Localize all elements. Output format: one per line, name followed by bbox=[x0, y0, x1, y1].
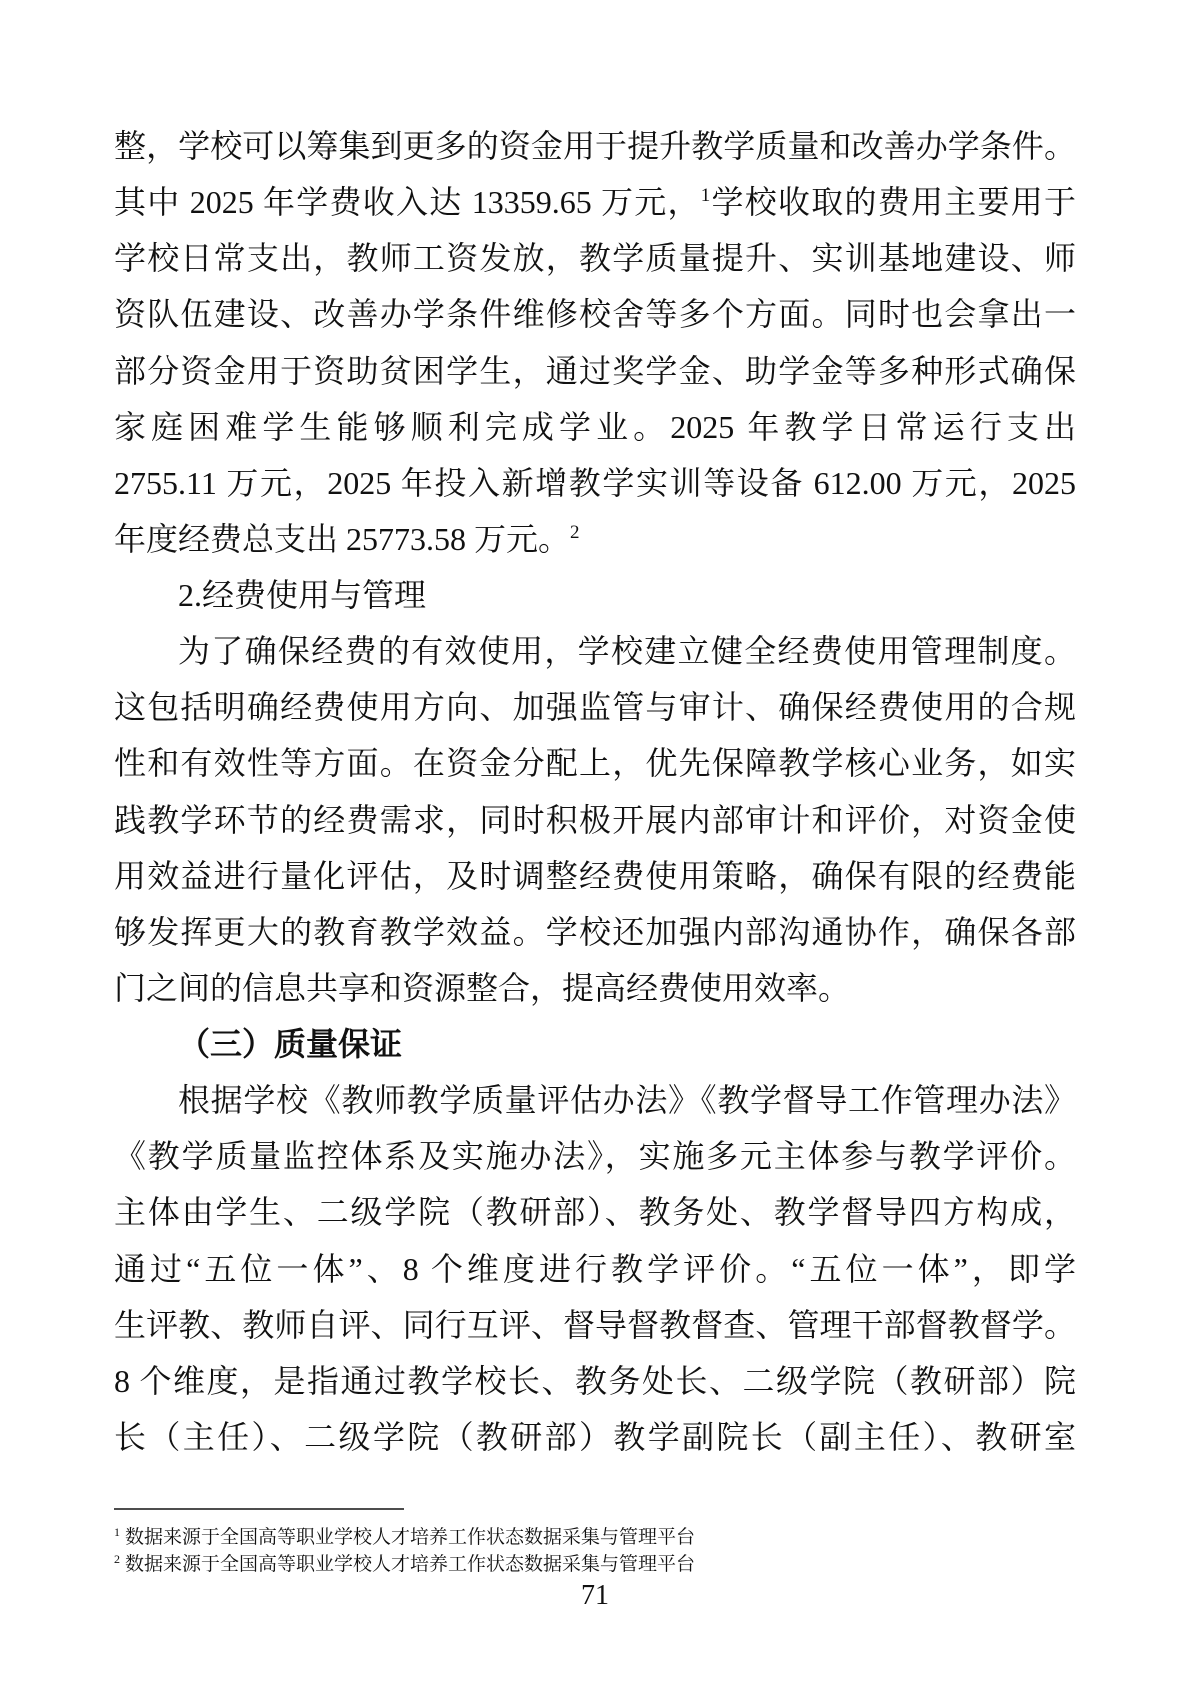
body-text-line: 门之间的信息共享和资源整合，提高经费使用效率。 bbox=[114, 960, 1076, 1016]
body-text-line: 其中 2025 年学费收入达 13359.65 万元，1学校收取的费用主要用于 bbox=[114, 174, 1076, 230]
body-text-line: 2755.11 万元，2025 年投入新增教学实训等设备 612.00 万元，2… bbox=[114, 455, 1076, 511]
section-heading-quality-assurance: （三）质量保证 bbox=[114, 1016, 1076, 1072]
subsection-heading-funds-management: 2.经费使用与管理 bbox=[114, 567, 1076, 623]
footnote-separator-line bbox=[114, 1508, 404, 1510]
footnote-text-2: 数据来源于全国高等职业学校人才培养工作状态数据采集与管理平台 bbox=[125, 1554, 695, 1575]
footnote-item-2: 2数据来源于全国高等职业学校人才培养工作状态数据采集与管理平台 bbox=[114, 1551, 1076, 1578]
footnotes-block: 1数据来源于全国高等职业学校人才培养工作状态数据采集与管理平台 2数据来源于全国… bbox=[114, 1524, 1076, 1578]
body-text-line: 家庭困难学生能够顺利完成学业。2025 年教学日常运行支出 bbox=[114, 399, 1076, 455]
body-text-line: 8 个维度，是指通过教学校长、教务处长、二级学院（教研部）院 bbox=[114, 1353, 1076, 1409]
document-body: 整，学校可以筹集到更多的资金用于提升教学质量和改善办学条件。其中 2025 年学… bbox=[114, 118, 1076, 1465]
footnote-text-1: 数据来源于全国高等职业学校人才培养工作状态数据采集与管理平台 bbox=[125, 1527, 695, 1548]
document-page: 整，学校可以筹集到更多的资金用于提升教学质量和改善办学条件。其中 2025 年学… bbox=[0, 0, 1190, 1683]
body-text-line: 主体由学生、二级学院（教研部）、教务处、教学督导四方构成， bbox=[114, 1184, 1076, 1240]
footnote-marker-2: 2 bbox=[114, 1552, 120, 1566]
body-text-line: 用效益进行量化评估，及时调整经费使用策略，确保有限的经费能 bbox=[114, 848, 1076, 904]
body-text-line: 根据学校《教师教学质量评估办法》《教学督导工作管理办法》 bbox=[114, 1072, 1076, 1128]
footnote-ref-2: 2 bbox=[570, 522, 580, 543]
body-text-line: 通过“五位一体”、8 个维度进行教学评价。“五位一体”，即学 bbox=[114, 1241, 1076, 1297]
body-text-line: 部分资金用于资助贫困学生，通过奖学金、助学金等多种形式确保 bbox=[114, 343, 1076, 399]
body-text-line: 生评教、教师自评、同行互评、督导督教督查、管理干部督教督学。 bbox=[114, 1297, 1076, 1353]
body-text-line: 长（主任）、二级学院（教研部）教学副院长（副主任）、教研室 bbox=[114, 1409, 1076, 1465]
body-text-line: 性和有效性等方面。在资金分配上，优先保障教学核心业务，如实 bbox=[114, 735, 1076, 791]
body-text-line: 为了确保经费的有效使用，学校建立健全经费使用管理制度。 bbox=[114, 623, 1076, 679]
body-text-line: 够发挥更大的教育教学效益。学校还加强内部沟通协作，确保各部 bbox=[114, 904, 1076, 960]
body-text-line: 资队伍建设、改善办学条件维修校舍等多个方面。同时也会拿出一 bbox=[114, 286, 1076, 342]
body-text-line: 整，学校可以筹集到更多的资金用于提升教学质量和改善办学条件。 bbox=[114, 118, 1076, 174]
footnote-item-1: 1数据来源于全国高等职业学校人才培养工作状态数据采集与管理平台 bbox=[114, 1524, 1076, 1551]
body-text-line: 这包括明确经费使用方向、加强监管与审计、确保经费使用的合规 bbox=[114, 679, 1076, 735]
footnote-ref-1: 1 bbox=[701, 185, 711, 206]
body-text-line: 学校日常支出，教师工资发放，教学质量提升、实训基地建设、师 bbox=[114, 230, 1076, 286]
body-text-line: 《教学质量监控体系及实施办法》，实施多元主体参与教学评价。 bbox=[114, 1128, 1076, 1184]
body-text-line: 践教学环节的经费需求，同时积极开展内部审计和评价，对资金使 bbox=[114, 792, 1076, 848]
body-text-line: 年度经费总支出 25773.58 万元。2 bbox=[114, 511, 1076, 567]
footnote-marker-1: 1 bbox=[114, 1525, 120, 1539]
page-number: 71 bbox=[0, 1580, 1190, 1612]
